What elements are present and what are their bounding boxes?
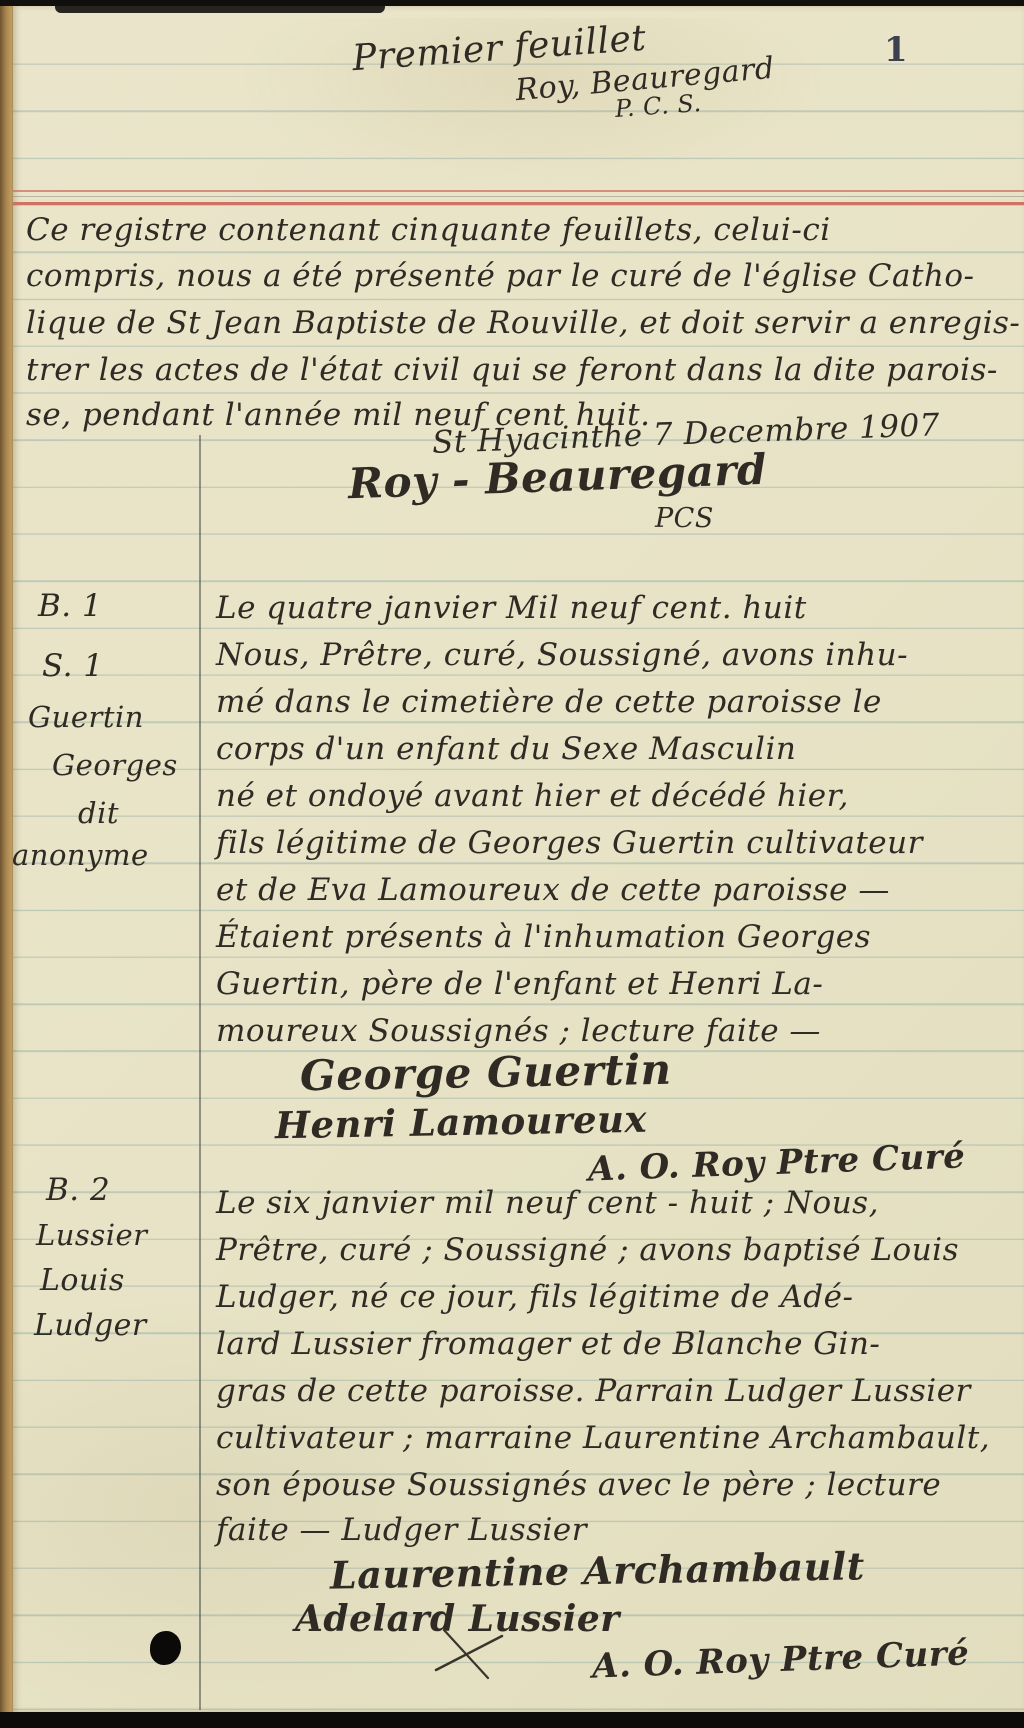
entry2-line: son épouse Soussignés avec le père ; lec… — [216, 1467, 941, 1503]
preamble-line: Ce registre contenant cinquante feuillet… — [26, 212, 831, 248]
entry2-margin: B. 2 — [46, 1172, 110, 1208]
entry1-margin: B. 1 — [38, 588, 102, 624]
entry2-line: Le six janvier mil neuf cent - huit ; No… — [216, 1185, 879, 1221]
entry1-margin: dit — [78, 796, 119, 830]
entry2-margin: Lussier — [36, 1218, 148, 1252]
entry1-line: Étaient présents à l'inhumation Georges — [216, 919, 871, 955]
entry2-margin: Louis — [40, 1263, 125, 1298]
gray-rule — [13, 196, 1024, 197]
entry1-line: Guertin, père de l'enfant et Henri La- — [216, 966, 823, 1002]
entry1-line: Le quatre janvier Mil neuf cent. huit — [216, 590, 807, 626]
preamble-line: trer les actes de l'état civil qui se fe… — [26, 352, 998, 388]
preamble-line: lique de St Jean Baptiste de Rouville, e… — [26, 305, 1020, 341]
entry1-margin: anonyme — [12, 838, 149, 872]
entry2-line: Ludger, né ce jour, fils légitime de Adé… — [216, 1279, 853, 1315]
entry1-line: et de Eva Lamoureux de cette paroisse — — [216, 872, 890, 908]
x-mark-icon — [430, 1622, 510, 1682]
entry1-line: fils légitime de Georges Guertin cultiva… — [216, 825, 923, 861]
page-number: 1 — [884, 30, 908, 70]
preamble-signature-title: PCS — [655, 503, 714, 534]
entry2-signature: Laurentine Archambault — [330, 1543, 865, 1597]
entry2-line: cultivateur ; marraine Laurentine Archam… — [216, 1420, 990, 1456]
entry2-line: faite — Ludger Lussier — [216, 1512, 587, 1548]
entry1-signature: Henri Lamoureux — [275, 1097, 648, 1147]
entry1-line: Nous, Prêtre, curé, Soussigné, avons inh… — [216, 637, 908, 673]
entry2-margin: Ludger — [34, 1308, 147, 1343]
entry1-margin: S. 1 — [42, 648, 104, 684]
scan-top-shadow — [55, 0, 385, 13]
entry1-line: né et ondoyé avant hier et décédé hier, — [216, 778, 849, 814]
red-rule-top — [13, 190, 1024, 192]
preamble-line: compris, nous a été présenté par le curé… — [26, 258, 975, 294]
entry1-line: moureux Soussignés ; lecture faite — — [216, 1013, 821, 1049]
register-page-scan: Premier feuillet Roy, Beauregard P. C. S… — [0, 0, 1024, 1728]
entry2-line: Prêtre, curé ; Soussigné ; avons baptisé… — [216, 1232, 959, 1268]
entry1-signature: George Guertin — [300, 1045, 672, 1100]
entry2-line: lard Lussier fromager et de Blanche Gin- — [216, 1326, 880, 1362]
entry2-line: gras de cette paroisse. Parrain Ludger L… — [216, 1373, 971, 1409]
red-rule-bottom — [13, 202, 1024, 205]
entry1-line: mé dans le cimetière de cette paroisse l… — [216, 684, 882, 720]
entry1-line: corps d'un enfant du Sexe Masculin — [216, 731, 796, 767]
entry1-margin: Georges — [52, 748, 178, 782]
scan-bottom-edge — [0, 1712, 1024, 1728]
margin-rule — [199, 435, 201, 1710]
entry1-margin: Guertin — [28, 700, 144, 734]
